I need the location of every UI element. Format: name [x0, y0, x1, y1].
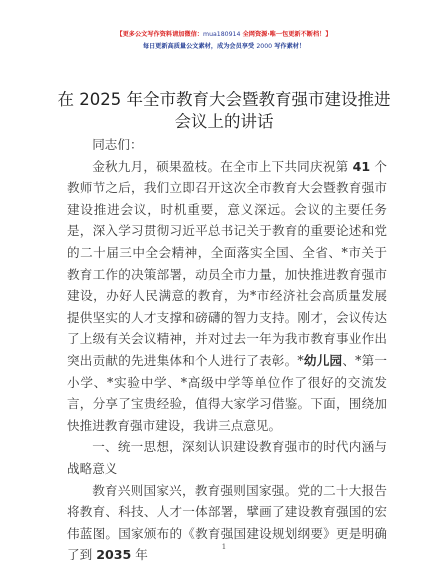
paragraph-text: 个教师节之后，我们立即召开这次全市教育大会暨教育强市建设推进会议，时机重要，意义… [67, 159, 387, 368]
wechat-id: mua180914 [203, 31, 240, 38]
promo-banner-line-2: 每日更新高质量公文素材，成为会员享受 2000 写作素材！ [0, 43, 448, 51]
page-number: 1 [0, 543, 448, 551]
teachers-day-number: 41 [353, 159, 371, 174]
promo-line-1-suffix: 全网资源·唯一包更新不断档！】 [240, 31, 331, 38]
promo-line-2-suffix: 写作素材！ [272, 43, 305, 50]
section-heading-1: 一、统一思想，深刻认识建设教育强市的时代内涵与战略意义 [67, 436, 387, 479]
document-body: 同志们： 金秋九月，硕果盈枝。在全市上下共同庆祝第 41 个教师节之后，我们立即… [67, 134, 387, 566]
promo-banner-line-1: 【更多公文写作资料请加微信：mua180914 全网资源·唯一包更新不断档！】 [0, 31, 448, 39]
document-page: 【更多公文写作资料请加微信：mua180914 全网资源·唯一包更新不断档！】 … [0, 0, 448, 580]
document-title: 在 2025 年全市教育大会暨教育强市建设推进会议上的讲话 [50, 89, 398, 133]
paragraph-intro: 金秋九月，硕果盈枝。在全市上下共同庆祝第 41 个教师节之后，我们立即召开这次全… [67, 156, 387, 437]
promo-line-1-prefix: 【更多公文写作资料请加微信： [116, 31, 203, 38]
paragraph-section-1: 教育兴则国家兴，教育强则国家强。党的二十大报告将教育、科技、人才一体部署，擘画了… [67, 480, 387, 566]
promo-line-2-number: 2000 [256, 43, 272, 50]
salutation: 同志们： [67, 134, 387, 156]
kindergarten-bold-text: 幼儿园 [304, 353, 343, 368]
promo-line-2-prefix: 每日更新高质量公文素材，成为会员享受 [143, 43, 257, 50]
paragraph-text: 金秋九月，硕果盈枝。在全市上下共同庆祝第 [92, 159, 352, 174]
